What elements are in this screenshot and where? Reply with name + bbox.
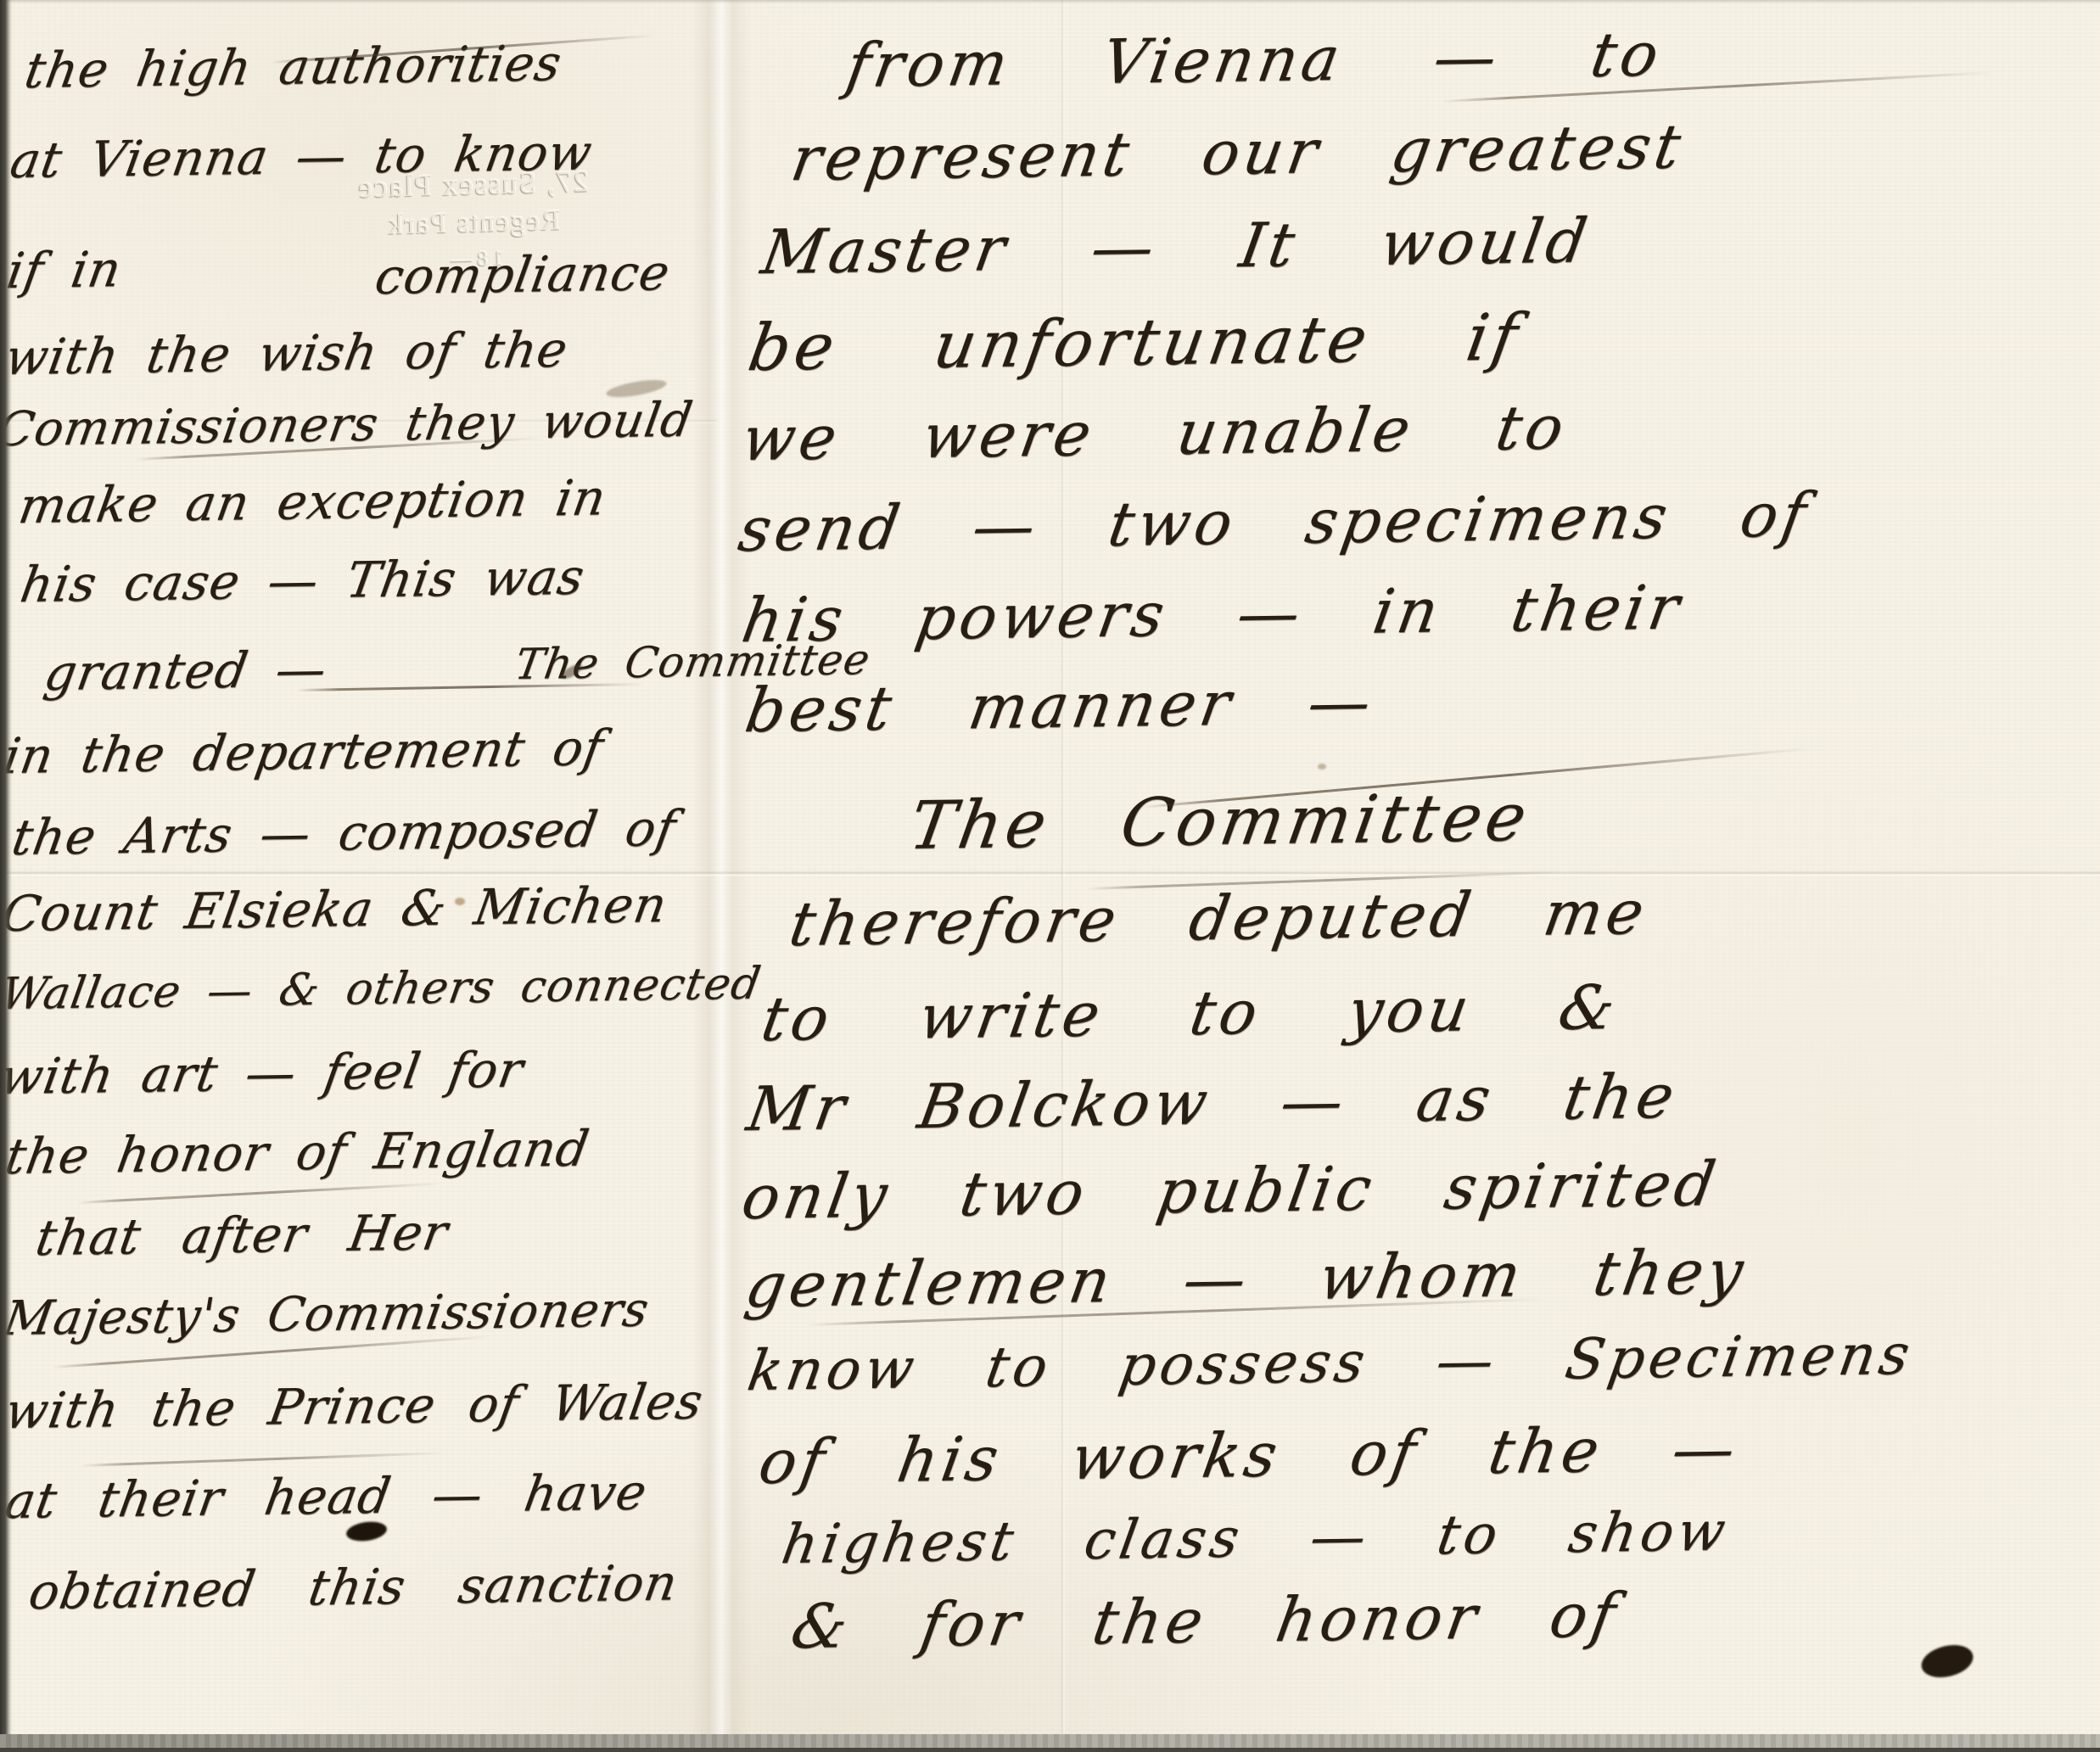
handwritten-line: of his works of the —	[754, 1415, 1744, 1496]
handwritten-line: Master — It would	[757, 207, 1595, 286]
scan-edge-top	[0, 0, 2100, 3]
handwriting-layer: the high authoritiesat Vienna — to knowi…	[0, 0, 2100, 1752]
handwritten-line: be unfortunate if	[743, 301, 1526, 383]
handwritten-line: Count Elsieka & Michen	[0, 878, 671, 942]
handwritten-line: Majesty's Commissioners	[0, 1284, 652, 1345]
handwritten-line: with art — feel for	[0, 1043, 527, 1104]
handwritten-line: The Committee	[904, 782, 1535, 864]
handwritten-line: his case — This was	[17, 551, 589, 613]
handwritten-line: send — two specimens of	[734, 481, 1815, 563]
handwritten-line: at their head — have	[2, 1465, 651, 1528]
handwritten-line: that after Her	[32, 1206, 452, 1266]
handwritten-line: at Vienna — to know	[7, 126, 596, 188]
scan-edge-bottom-line	[0, 1748, 2100, 1752]
handwritten-line: in the departement of	[0, 721, 608, 784]
handwritten-line: Mr Bolckow — as the	[742, 1063, 1683, 1143]
handwritten-line: granted —	[41, 642, 331, 700]
handwritten-line: the honor of England	[2, 1122, 593, 1184]
handwritten-line: from Vienna — to	[842, 21, 1667, 100]
handwritten-line: know to possess — Specimens	[743, 1324, 1918, 1402]
handwritten-line: the Arts — composed of	[8, 802, 680, 865]
ink-blot	[1318, 764, 1326, 770]
handwritten-line: with the wish of the	[2, 323, 572, 385]
handwritten-line: with the Prince of Wales	[2, 1375, 708, 1439]
handwritten-line: if in	[3, 243, 126, 299]
handwritten-line: we were unable to	[737, 394, 1572, 473]
scan-edge-left	[0, 0, 12, 1752]
handwritten-line: best manner —	[741, 669, 1380, 744]
pen-flourish	[78, 1182, 443, 1204]
handwritten-line: obtained this sanction	[25, 1556, 682, 1619]
handwritten-line: & for the honor of	[787, 1581, 1624, 1660]
handwritten-line: his powers — in their	[737, 574, 1688, 655]
pen-flourish	[81, 1452, 445, 1467]
handwritten-line: only two public spirited	[737, 1150, 1724, 1231]
handwritten-line: make an exception in	[15, 471, 610, 533]
handwritten-line: highest class — to show	[778, 1502, 1734, 1575]
handwritten-line: gentlemen — whom they	[741, 1239, 1751, 1320]
ink-blot	[1918, 1640, 1977, 1682]
letter-scan: 27, Sussex Place Regents Park 18— the hi…	[0, 0, 2100, 1752]
handwritten-line: compliance	[372, 246, 675, 305]
ink-blot	[455, 898, 465, 905]
handwritten-line: to write to you &	[757, 974, 1623, 1053]
handwritten-line: Wallace — & others connected	[0, 960, 764, 1020]
handwritten-line: represent our greatest	[787, 113, 1689, 193]
handwritten-line: therefore deputed me	[785, 879, 1653, 958]
